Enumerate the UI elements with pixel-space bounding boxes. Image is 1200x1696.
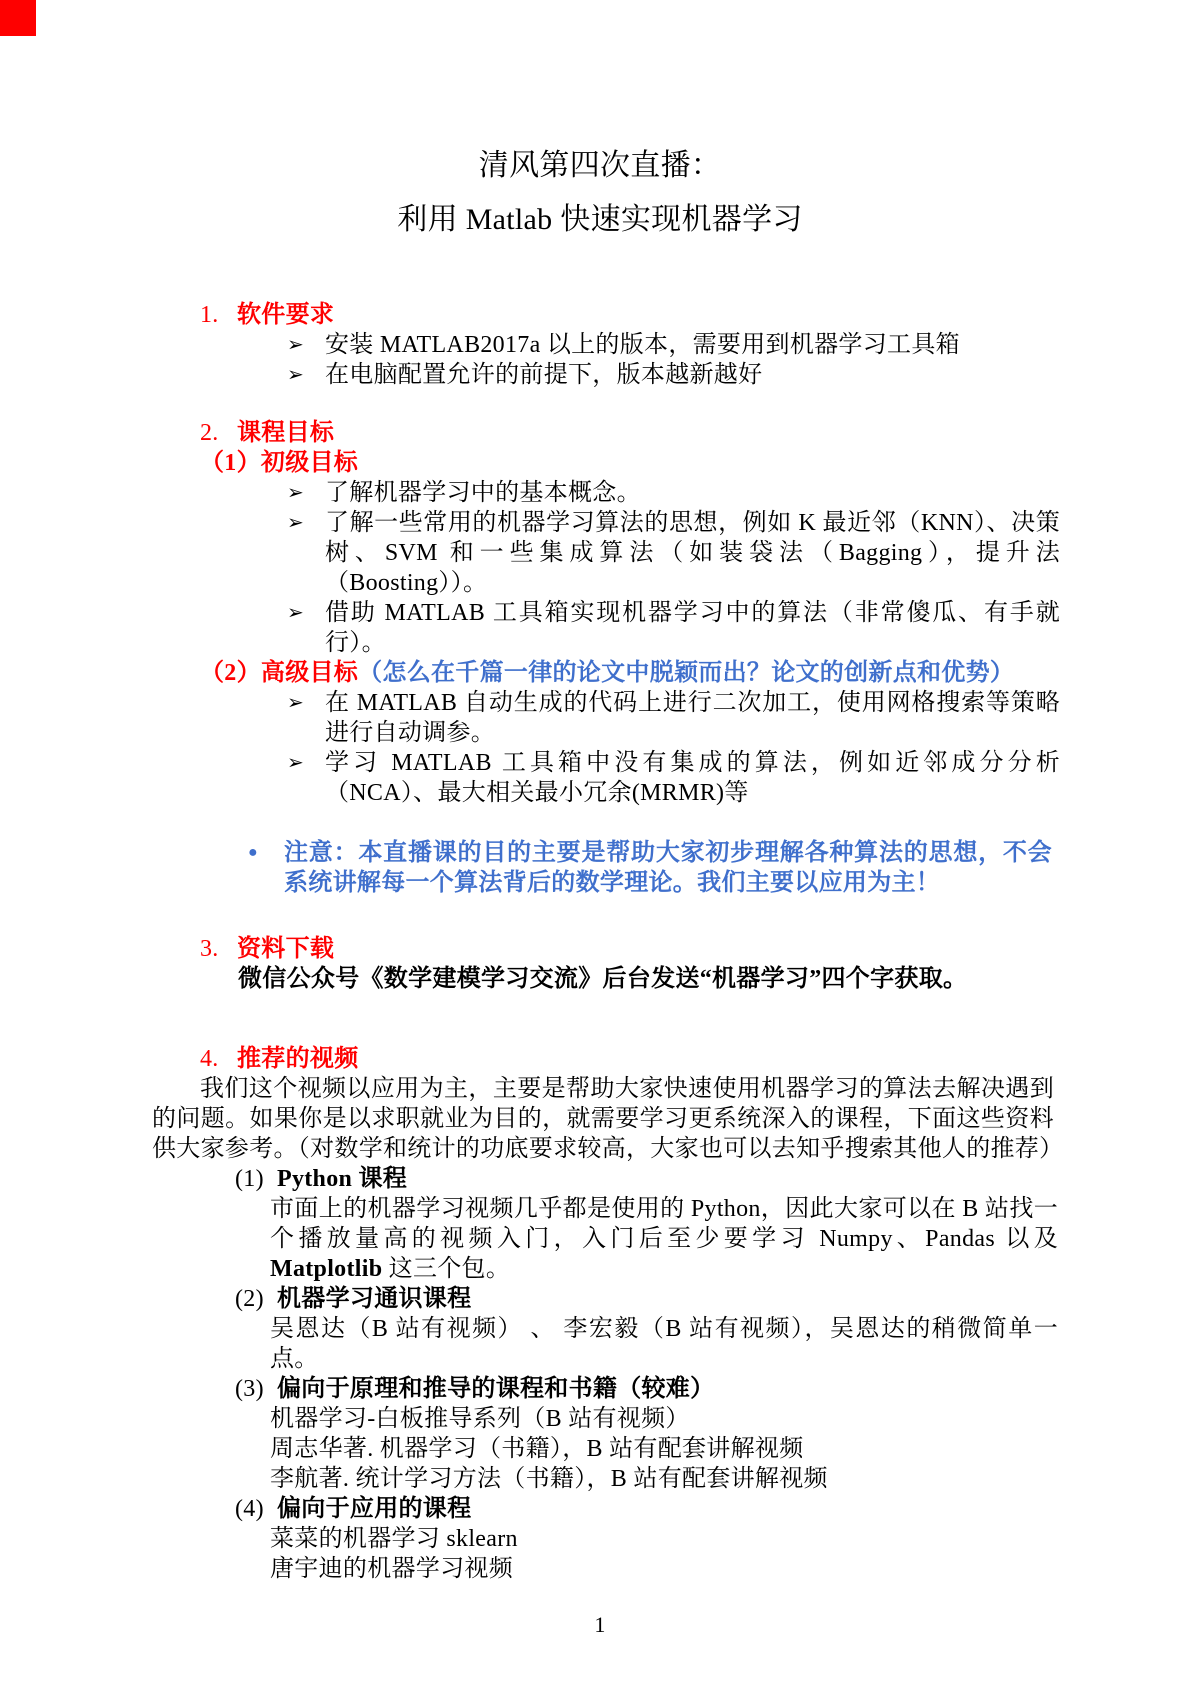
list-item: ➢ 在电脑配置允许的前提下，版本越新越好 xyxy=(0,360,1200,390)
item3-label: 偏向于原理和推导的课程和书籍（较难） xyxy=(277,1376,714,1402)
attention-note: ● 注意：本直播课的目的主要是帮助大家初步理解各种算法的思想，不会系统讲解每一个… xyxy=(0,838,1200,898)
section1-number: 1. xyxy=(200,300,237,330)
section-course-goals: 2.课程目标 （1）初级目标 ➢ 了解机器学习中的基本概念。 ➢ 了解一些常用的… xyxy=(0,418,1200,898)
arrow-bullet-icon: ➢ xyxy=(287,478,325,508)
bullet-text: 学习 MATLAB 工具箱中没有集成的算法，例如近邻成分分析（NCA）、最大相关… xyxy=(325,748,1060,808)
section-recommended-videos: 4.推荐的视频 我们这个视频以应用为主，主要是帮助大家快速使用机器学习的算法去解… xyxy=(0,1044,1200,1584)
item-theory-courses-books: (3)偏向于原理和推导的课程和书籍（较难） xyxy=(0,1374,1200,1404)
document-page: 清风第四次直播： 利用 Matlab 快速实现机器学习 1.软件要求 ➢ 安装 … xyxy=(0,0,1200,1696)
attention-note-text: 注意：本直播课的目的主要是帮助大家初步理解各种算法的思想，不会系统讲解每一个算法… xyxy=(284,838,1052,898)
section-software-requirements: 1.软件要求 ➢ 安装 MATLAB2017a 以上的版本，需要用到机器学习工具… xyxy=(0,300,1200,390)
bullet-text: 在电脑配置允许的前提下，版本越新越好 xyxy=(325,360,1060,390)
item-application-courses: (4)偏向于应用的课程 xyxy=(0,1494,1200,1524)
arrow-bullet-icon: ➢ xyxy=(287,598,325,658)
section3-heading: 3.资料下载 xyxy=(0,934,1200,964)
section1-heading: 1.软件要求 xyxy=(0,300,1200,330)
item1-text-pre: 市面上的机器学习视频几乎都是使用的 Python，因此大家可以在 B 站找一个播… xyxy=(270,1196,1058,1252)
item4-label: 偏向于应用的课程 xyxy=(277,1496,471,1522)
item-python-course: (1)Python 课程 xyxy=(0,1164,1200,1194)
advanced-goals-blue-note: （怎么在千篇一律的论文中脱颖而出？论文的创新点和优势） xyxy=(358,660,1014,686)
list-item: ➢ 学习 MATLAB 工具箱中没有集成的算法，例如近邻成分分析（NCA）、最大… xyxy=(0,748,1200,808)
bullet-text: 了解一些常用的机器学习算法的思想，例如 K 最近邻（KNN）、决策树、SVM 和… xyxy=(325,508,1060,598)
item1-description: 市面上的机器学习视频几乎都是使用的 Python，因此大家可以在 B 站找一个播… xyxy=(0,1194,1200,1284)
item4-line2: 唐宇迪的机器学习视频 xyxy=(0,1554,1200,1584)
arrow-bullet-icon: ➢ xyxy=(287,688,325,748)
section2-title: 课程目标 xyxy=(237,420,334,446)
section2-number: 2. xyxy=(200,418,237,448)
item4-line1: 菜菜的机器学习 sklearn xyxy=(0,1524,1200,1554)
item3-line1: 机器学习-白板推导系列（B 站有视频） xyxy=(0,1404,1200,1434)
arrow-bullet-icon: ➢ xyxy=(287,330,325,360)
item1-text-post: 这三个包。 xyxy=(382,1256,510,1282)
recommendation-intro-paragraph: 我们这个视频以应用为主，主要是帮助大家快速使用机器学习的算法去解决遇到的问题。如… xyxy=(0,1074,1200,1164)
section-material-download: 3.资料下载 微信公众号《数学建模学习交流》后台发送“机器学习”四个字获取。 xyxy=(0,934,1200,994)
list-item: ➢ 了解机器学习中的基本概念。 xyxy=(0,478,1200,508)
item1-number: (1) xyxy=(235,1164,277,1194)
item2-description: 吴恩达（B 站有视频） 、 李宏毅（B 站有视频），吴恩达的稍微简单一点。 xyxy=(0,1314,1200,1374)
item-ml-general-course: (2)机器学习通识课程 xyxy=(0,1284,1200,1314)
item3-line3: 李航著. 统计学习方法（书籍），B 站有配套讲解视频 xyxy=(0,1464,1200,1494)
list-item: ➢ 了解一些常用的机器学习算法的思想，例如 K 最近邻（KNN）、决策树、SVM… xyxy=(0,508,1200,598)
item3-line2: 周志华著. 机器学习（书籍），B 站有配套讲解视频 xyxy=(0,1434,1200,1464)
title-block: 清风第四次直播： 利用 Matlab 快速实现机器学习 xyxy=(0,0,1200,240)
arrow-bullet-icon: ➢ xyxy=(287,360,325,390)
red-corner-marker xyxy=(0,0,36,36)
arrow-bullet-icon: ➢ xyxy=(287,748,325,808)
item2-number: (2) xyxy=(235,1284,277,1314)
list-item: ➢ 借助 MATLAB 工具箱实现机器学习中的算法（非常傻瓜、有手就行）。 xyxy=(0,598,1200,658)
dot-bullet-icon: ● xyxy=(248,838,284,898)
section4-number: 4. xyxy=(200,1044,237,1074)
section4-heading: 4.推荐的视频 xyxy=(0,1044,1200,1074)
bullet-text: 安装 MATLAB2017a 以上的版本，需要用到机器学习工具箱 xyxy=(325,330,1060,360)
section3-title: 资料下载 xyxy=(237,936,334,962)
subsection-advanced-goals-label: （2）高级目标（怎么在千篇一律的论文中脱颖而出？论文的创新点和优势） xyxy=(0,658,1200,688)
item4-number: (4) xyxy=(235,1494,277,1524)
document-title-line1: 清风第四次直播： xyxy=(0,146,1200,186)
bullet-text: 了解机器学习中的基本概念。 xyxy=(325,478,1060,508)
section2-heading: 2.课程目标 xyxy=(0,418,1200,448)
section3-number: 3. xyxy=(200,934,237,964)
item1-label: Python 课程 xyxy=(277,1166,407,1192)
item2-label: 机器学习通识课程 xyxy=(277,1286,471,1312)
section1-title: 软件要求 xyxy=(237,302,334,328)
document-title-line2: 利用 Matlab 快速实现机器学习 xyxy=(0,200,1200,240)
arrow-bullet-icon: ➢ xyxy=(287,508,325,598)
section4-title: 推荐的视频 xyxy=(237,1046,359,1072)
bullet-text: 在 MATLAB 自动生成的代码上进行二次加工，使用网格搜索等策略进行自动调参。 xyxy=(325,688,1060,748)
list-item: ➢ 在 MATLAB 自动生成的代码上进行二次加工，使用网格搜索等策略进行自动调… xyxy=(0,688,1200,748)
advanced-goals-red-label: （2）高级目标 xyxy=(200,660,358,686)
page-number: 1 xyxy=(0,1610,1200,1640)
download-instruction-text: 微信公众号《数学建模学习交流》后台发送“机器学习”四个字获取。 xyxy=(0,964,1200,994)
item3-number: (3) xyxy=(235,1374,277,1404)
item1-text-bold: Matplotlib xyxy=(270,1256,382,1282)
list-item: ➢ 安装 MATLAB2017a 以上的版本，需要用到机器学习工具箱 xyxy=(0,330,1200,360)
bullet-text: 借助 MATLAB 工具箱实现机器学习中的算法（非常傻瓜、有手就行）。 xyxy=(325,598,1060,658)
subsection-basic-goals-label: （1）初级目标 xyxy=(0,448,1200,478)
